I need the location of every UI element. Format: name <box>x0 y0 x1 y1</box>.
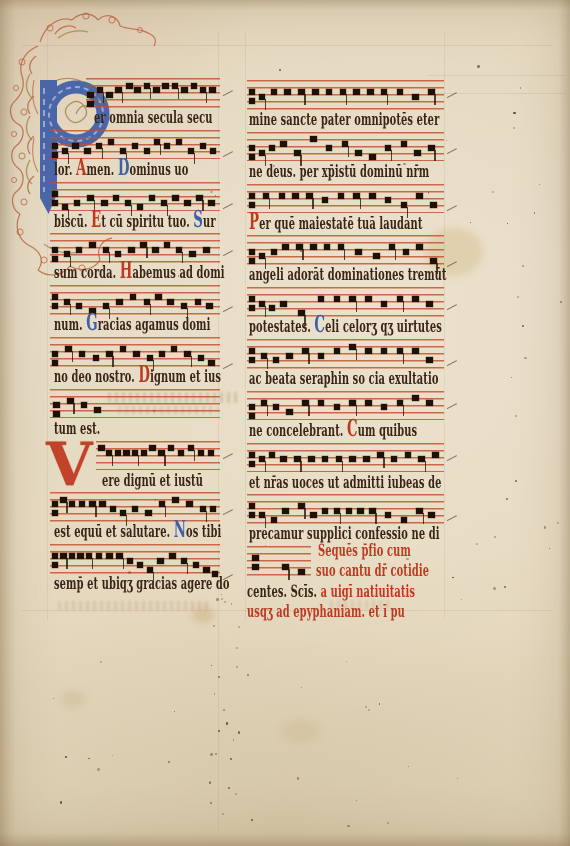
neume-note <box>106 450 113 456</box>
neume-note <box>132 143 139 149</box>
neume-note <box>349 296 356 302</box>
neume-note <box>322 508 329 514</box>
neume-note <box>200 87 207 93</box>
neume-stem <box>164 455 165 466</box>
neume-stem <box>391 150 392 161</box>
neume-note <box>249 89 256 95</box>
neume-note <box>120 346 127 352</box>
lombardic-initial: H <box>120 257 133 284</box>
neume-note <box>412 395 419 401</box>
neume-note <box>94 407 101 413</box>
neume-stem <box>150 304 151 315</box>
chant-text: ominus uo <box>130 160 189 180</box>
neume-note <box>365 296 372 302</box>
neume-note <box>249 193 256 199</box>
neume-stem <box>112 455 113 466</box>
neume-note <box>130 294 137 300</box>
neume-note <box>426 400 433 406</box>
chant-text-line: Per quē maiestatē tuā laudant <box>249 214 548 235</box>
neume-note <box>52 553 59 559</box>
chant-text-run: no deo nostro. Dignum et ius <box>54 367 221 387</box>
neume-note <box>144 148 151 154</box>
neume-note <box>280 301 287 307</box>
ink-speck <box>477 65 479 67</box>
neume-note <box>259 150 266 156</box>
neume-note <box>310 244 317 250</box>
custos-mark <box>444 510 457 521</box>
neume-note <box>52 294 59 300</box>
neume-note <box>353 193 360 199</box>
neume-note <box>64 299 71 305</box>
chant-text-line: tum est. <box>54 419 134 440</box>
neume-note <box>252 555 259 561</box>
neume-note <box>149 195 156 201</box>
neume-note <box>171 346 178 352</box>
music-stave <box>247 235 444 265</box>
neume-note <box>322 197 329 203</box>
neume-note <box>181 87 188 93</box>
chant-text: biscū. <box>54 212 91 232</box>
neume-note <box>357 508 364 514</box>
chant-text-run: ne concelebrant. Cum quibus <box>249 421 417 441</box>
chant-text: suo cantu dr̄ cotidie <box>316 561 429 581</box>
neume-note <box>273 404 280 410</box>
chant-text: potestates. <box>249 317 314 337</box>
chant-text: usqʒ ad epyphaniam. et ī pu <box>247 602 405 622</box>
neume-stem <box>312 198 313 209</box>
neume-note <box>103 303 110 309</box>
neume-note <box>298 310 305 316</box>
neume-note <box>338 244 345 250</box>
chant-text: semp̄ et ubiqʒ gracias agere do <box>54 574 230 594</box>
neume-note <box>286 353 293 359</box>
neume-stem <box>206 511 207 522</box>
neume-stem <box>304 508 305 519</box>
neume-note <box>188 148 195 154</box>
ink-speck <box>524 357 526 359</box>
neume-note <box>259 94 266 100</box>
neume-note <box>397 348 404 354</box>
neume-note <box>196 195 203 201</box>
neume-note <box>334 296 341 302</box>
neume-stem <box>265 461 266 472</box>
neume-note <box>145 510 152 516</box>
neume-note <box>280 141 287 147</box>
neume-note <box>98 445 105 451</box>
neume-note <box>412 94 419 100</box>
ink-speck <box>492 191 494 193</box>
neume-note <box>338 193 345 199</box>
neume-note <box>249 258 256 264</box>
music-stave <box>247 339 444 369</box>
rubric-line: usqʒ ad epyphaniam. et ī pu <box>247 602 519 622</box>
chant-text-run: lor. Amen. Dominus uo <box>54 160 188 180</box>
chant-text: no deo nostro. <box>54 367 138 387</box>
neume-note <box>69 501 76 507</box>
neume-note <box>140 242 147 248</box>
neume-stem <box>191 356 192 367</box>
ink-speck <box>549 548 550 549</box>
neume-note <box>271 517 278 523</box>
neume-note <box>318 400 325 406</box>
music-stave <box>247 132 444 162</box>
music-stave <box>50 389 220 419</box>
neume-note <box>87 101 94 107</box>
neume-note <box>153 87 160 93</box>
neume-note <box>86 553 93 559</box>
neume-note <box>132 450 139 456</box>
neume-note <box>176 139 183 145</box>
chant-text-line: mine sancte pater omnipotēs eter <box>249 110 570 131</box>
neume-note <box>168 445 175 451</box>
neume-note <box>322 456 329 462</box>
neume-note <box>99 501 106 507</box>
neume-note <box>89 242 96 248</box>
neume-note <box>101 200 108 206</box>
neume-note <box>298 503 305 509</box>
lombardic-initial: D <box>118 154 130 181</box>
custos-mark <box>220 197 233 208</box>
neume-note <box>280 456 287 462</box>
neume-note <box>249 452 256 458</box>
neume-note <box>208 450 215 456</box>
chant-text-line: et nr̄as uoces ut admitti iubeas de <box>249 473 570 494</box>
chant-text: angeli adorāt dominationes tremūt <box>249 265 447 285</box>
neume-note <box>365 348 372 354</box>
neume-note <box>106 553 113 559</box>
chant-text-run: potestates. Celi celorʒ qʒ uirtutes <box>249 317 442 337</box>
neume-stem <box>387 94 388 105</box>
neume-note <box>52 191 59 197</box>
ink-speck <box>228 787 230 789</box>
chant-text: ere dignū et iustū <box>102 471 203 491</box>
neume-note <box>186 501 193 507</box>
column-right: mine sancte pater omnipotēs eterne deus.… <box>247 0 444 846</box>
neume-note <box>282 244 289 250</box>
neume-note <box>210 148 217 154</box>
neume-stem <box>138 455 139 466</box>
neume-note <box>52 360 59 366</box>
neume-stem <box>434 94 435 105</box>
chant-text-line: ne deus. per xp̄istū dominū nr̄m <box>249 162 560 183</box>
neume-note <box>306 193 313 199</box>
neume-note <box>158 450 165 456</box>
neume-note <box>141 450 148 456</box>
neume-stem <box>308 405 309 416</box>
neume-note <box>377 452 384 458</box>
neume-note <box>65 346 72 352</box>
neume-note <box>52 152 59 158</box>
neume-note <box>159 501 166 507</box>
neume-note <box>172 195 179 201</box>
neume-note <box>184 200 191 206</box>
ink-speck <box>235 793 237 795</box>
neume-stem <box>66 558 67 569</box>
neume-note <box>249 512 256 518</box>
neume-note <box>428 145 435 151</box>
neume-note <box>271 89 278 95</box>
neume-note <box>155 294 162 300</box>
neume-note <box>259 301 266 307</box>
neume-note <box>318 296 325 302</box>
neume-note <box>172 83 179 89</box>
lombardic-initial: D <box>138 361 150 388</box>
neume-note <box>282 564 289 570</box>
chant-text-run: tum est. <box>54 419 100 439</box>
neume-note <box>76 303 83 309</box>
neume-note <box>294 150 301 156</box>
ruling-line <box>428 75 566 76</box>
neume-note <box>209 87 216 93</box>
neume-stem <box>265 99 266 110</box>
ink-speck <box>560 301 562 303</box>
neume-note <box>318 353 325 359</box>
neume-note <box>334 404 341 410</box>
neume-stem <box>344 249 345 260</box>
neume-note <box>110 506 117 512</box>
neume-note <box>259 456 266 462</box>
neume-note <box>52 501 59 507</box>
neume-note <box>96 553 103 559</box>
neume-note <box>203 247 210 253</box>
ink-speck <box>457 778 458 779</box>
neume-note <box>189 251 196 257</box>
neume-note <box>302 348 309 354</box>
ink-speck <box>222 813 224 815</box>
neume-note <box>154 139 161 145</box>
neume-note <box>259 253 266 259</box>
neume-note <box>312 89 319 95</box>
chant-text-run: angeli adorāt dominationes tremūt <box>249 265 447 285</box>
neume-note <box>397 400 404 406</box>
neume-note <box>340 89 347 95</box>
neume-stem <box>356 301 357 312</box>
neume-note <box>106 92 113 98</box>
neume-note <box>72 143 79 149</box>
chant-text: abemus ad domi <box>133 263 225 283</box>
neume-note <box>428 89 435 95</box>
ink-speck <box>238 731 241 734</box>
neume-note <box>97 87 104 93</box>
chant-text: os tibi <box>186 522 221 542</box>
neume-note <box>193 562 200 568</box>
neume-stem <box>342 461 343 472</box>
custos-mark <box>444 87 457 98</box>
neume-stem <box>146 247 147 258</box>
music-stave <box>247 494 444 524</box>
neume-stem <box>66 502 67 513</box>
neume-stem <box>150 88 151 99</box>
neume-note <box>397 89 404 95</box>
neume-note <box>93 355 100 361</box>
chant-text: sum corda. <box>54 263 120 283</box>
neume-stem <box>395 249 396 260</box>
music-stave <box>247 546 311 576</box>
ink-speck <box>224 601 226 603</box>
neume-stem <box>360 198 361 209</box>
neume-note <box>263 193 270 199</box>
neume-stem <box>403 353 404 364</box>
rubric-text-run: Sequēs p̄fio cum <box>318 541 411 561</box>
neume-note <box>346 508 353 514</box>
neume-note <box>261 353 268 359</box>
neume-note <box>355 249 362 255</box>
ink-speck <box>520 87 522 89</box>
neume-note <box>334 508 341 514</box>
neume-note <box>147 567 154 573</box>
lombardic-initial: G <box>86 309 98 336</box>
neume-note <box>208 360 215 366</box>
neume-note <box>249 357 256 363</box>
neume-stem <box>123 558 124 569</box>
chant-text: lor. <box>54 160 76 180</box>
rubric-text-run: suo cantu dr̄ cotidie <box>316 561 429 581</box>
chant-text: est equū et salutare. <box>54 522 174 542</box>
chant-text-line: angeli adorāt dominationes tremūt <box>249 265 570 286</box>
neume-note <box>381 348 388 354</box>
neume-note <box>116 299 123 305</box>
neume-note <box>412 296 419 302</box>
rubric-text-run: centes. Scīs. a uigī natiuitatis <box>247 582 415 602</box>
neume-note <box>249 348 256 354</box>
chant-text: um quibus <box>358 421 418 441</box>
neume-note <box>369 508 376 514</box>
neume-note <box>373 253 380 259</box>
music-stave <box>50 544 220 574</box>
neume-note <box>133 351 140 357</box>
neume-note <box>206 303 213 309</box>
custos-mark <box>220 245 233 256</box>
neume-note <box>326 145 333 151</box>
neume-note <box>52 562 59 568</box>
neume-note <box>401 517 408 523</box>
neume-note <box>178 450 185 456</box>
neume-note <box>292 193 299 199</box>
neume-stem <box>109 252 110 263</box>
neume-stem <box>340 513 341 524</box>
neume-note <box>120 510 127 516</box>
neume-note <box>149 445 156 451</box>
neume-note <box>200 143 207 149</box>
neume-note <box>389 244 396 250</box>
neume-note <box>284 89 291 95</box>
neume-stem <box>182 252 183 263</box>
neume-note <box>249 249 256 255</box>
neume-note <box>137 204 144 210</box>
neume-note <box>210 506 217 512</box>
chant-text-line: ne concelebrant. Cum quibus <box>249 421 539 442</box>
neume-note <box>167 299 174 305</box>
custos-mark <box>444 199 457 210</box>
neume-note <box>342 141 349 147</box>
neume-note <box>249 98 256 104</box>
neume-note <box>249 461 256 467</box>
neume-note <box>60 497 67 503</box>
neume-note <box>87 195 94 201</box>
chant-text: ne concelebrant. <box>249 421 347 441</box>
ink-speck <box>226 722 228 724</box>
neume-note <box>385 512 392 518</box>
neume-note <box>134 87 141 93</box>
neume-note <box>198 450 205 456</box>
neume-note <box>89 501 96 507</box>
neume-note <box>161 200 168 206</box>
neume-stem <box>356 349 357 360</box>
neume-note <box>430 202 437 208</box>
neume-note <box>249 145 256 151</box>
neume-note <box>108 139 115 145</box>
neume-note <box>115 87 122 93</box>
custos-mark <box>444 449 457 460</box>
lombardic-initial: P <box>249 208 259 235</box>
neume-note <box>115 450 122 456</box>
neume-note <box>127 558 134 564</box>
chant-text: Sequēs p̄fio cum <box>318 541 411 561</box>
column-left: er omnia secula seculor. Amen. Dominus u… <box>50 0 220 846</box>
neume-stem <box>178 88 179 99</box>
neume-stem <box>206 92 207 103</box>
music-stave <box>247 443 444 473</box>
neume-note <box>271 249 278 255</box>
chant-text: er quē maiestatē tuā laudant <box>259 214 422 234</box>
neume-note <box>203 567 210 573</box>
neume-note <box>369 193 376 199</box>
neume-stem <box>267 358 268 369</box>
neume-note <box>181 558 188 564</box>
chant-text-run: est equū et salutare. Nos tibi <box>54 522 221 542</box>
rubric-line: suo cantu dr̄ cotidie <box>316 561 511 581</box>
music-stave <box>50 492 220 522</box>
neume-note <box>414 150 421 156</box>
neume-note <box>249 413 256 419</box>
neume-note <box>169 553 176 559</box>
lombardic-initial: C <box>314 311 325 338</box>
neume-note <box>52 256 59 262</box>
neume-note <box>365 400 372 406</box>
custos-mark <box>444 299 457 310</box>
chant-text-line: potestates. Celi celorʒ qʒ uirtutes <box>249 317 570 338</box>
neume-note <box>125 200 132 206</box>
neume-note <box>113 195 120 201</box>
neume-note <box>77 553 84 559</box>
chant-text-run: er omnia secula secu <box>94 108 213 128</box>
neume-note <box>416 244 423 250</box>
neume-note <box>252 564 259 570</box>
neume-note <box>249 404 256 410</box>
neume-note <box>367 89 374 95</box>
neume-note <box>126 83 133 89</box>
neume-note <box>87 92 94 98</box>
chant-text-run: mine sancte pater omnipotēs eter <box>249 110 439 130</box>
neume-stem <box>300 461 301 472</box>
neume-note <box>62 204 69 210</box>
neume-note <box>116 553 123 559</box>
neume-note <box>363 456 370 462</box>
neume-note <box>349 344 356 350</box>
neume-stem <box>194 450 195 461</box>
chant-text: er omnia secula secu <box>94 108 213 128</box>
neume-note <box>381 89 388 95</box>
neume-note <box>405 452 412 458</box>
rubric-line: Sequēs p̄fio cum <box>318 541 478 561</box>
neume-note <box>74 200 81 206</box>
neume-note <box>302 400 309 406</box>
neume-stem <box>70 304 71 315</box>
neume-note <box>52 143 59 149</box>
neume-note <box>401 141 408 147</box>
ink-speck <box>233 739 235 741</box>
custos-mark <box>220 504 233 515</box>
